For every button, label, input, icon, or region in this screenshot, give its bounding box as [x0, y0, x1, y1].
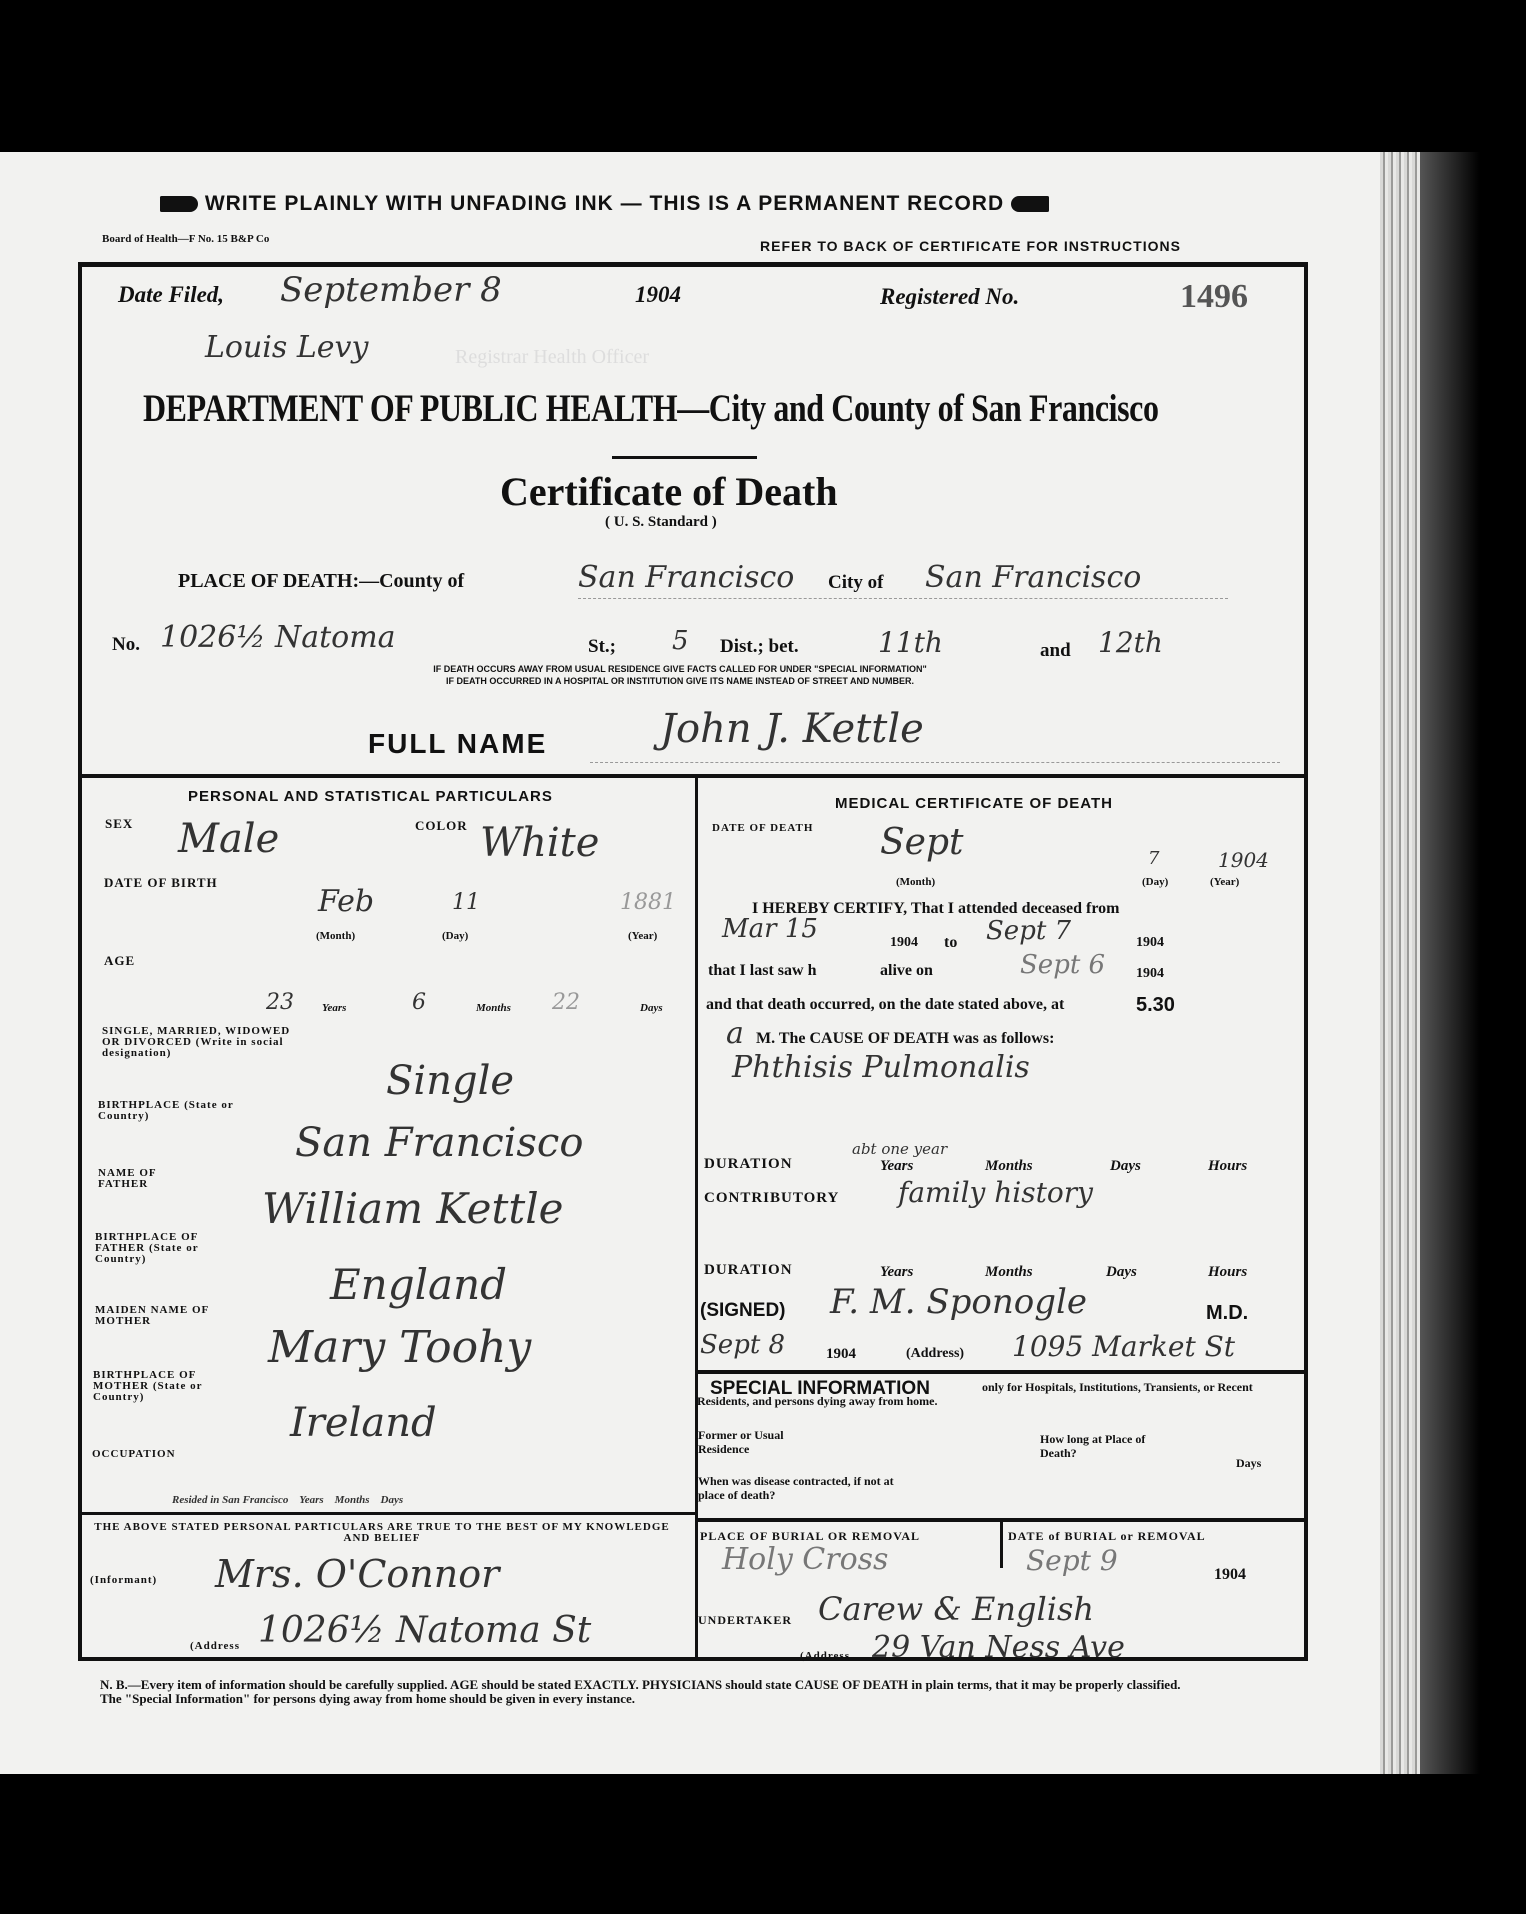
- mother-birthplace-label: BIRTHPLACE OF MOTHER (State or Country): [93, 1370, 223, 1403]
- informant-address: 1026½ Natoma St: [258, 1610, 591, 1651]
- duration-value: abt one year: [852, 1140, 947, 1158]
- birthplace-label: BIRTHPLACE (State or Country): [98, 1100, 238, 1122]
- mother-birthplace: Ireland: [290, 1400, 437, 1446]
- last-saw-date: Sept 6: [1020, 950, 1105, 980]
- age-years: 23: [266, 990, 294, 1015]
- former-residence-label: Former or Usual Residence: [698, 1428, 808, 1456]
- time-of-death: 5.30: [1136, 994, 1175, 1017]
- city-label: City of: [828, 572, 883, 594]
- department-title: DEPARTMENT OF PUBLIC HEALTH—City and Cou…: [143, 386, 1159, 431]
- book-page-edges: [1380, 152, 1420, 1774]
- date-filed-year: 1904: [635, 282, 681, 308]
- physician-address: 1095 Market St: [1012, 1330, 1235, 1363]
- burial-place-label: PLACE OF BURIAL OR REMOVAL: [700, 1530, 920, 1542]
- between-street-2: 12th: [1098, 626, 1163, 659]
- mother-name: Mary Toohy: [268, 1322, 531, 1373]
- district-label: Dist.; bet.: [720, 636, 799, 658]
- footnote: N. B.—Every item of information should b…: [100, 1678, 1190, 1706]
- county-value: San Francisco: [578, 560, 794, 595]
- full-name-label: FULL NAME: [368, 728, 547, 760]
- age-label: AGE: [104, 955, 135, 967]
- contributory-value: family history: [898, 1176, 1093, 1209]
- duration-label: DURATION: [704, 1158, 793, 1170]
- sex-value: Male: [178, 816, 279, 862]
- marital-label: SINGLE, MARRIED, WIDOWED OR DIVORCED (Wr…: [102, 1026, 302, 1059]
- attended-from: Mar 15: [722, 914, 818, 944]
- dod-day: 7: [1148, 848, 1159, 869]
- certificate-subtitle: ( U. S. Standard ): [605, 514, 717, 531]
- age-days: 22: [552, 990, 580, 1015]
- dod-label: DATE OF DEATH: [712, 822, 813, 834]
- full-name-value: John J. Kettle: [660, 706, 924, 752]
- between-street-1: 11th: [878, 626, 943, 659]
- cause-of-death: Phthisis Pulmonalis: [732, 1050, 1030, 1085]
- mother-label: MAIDEN NAME OF MOTHER: [95, 1305, 235, 1327]
- registrar-title: Registrar Health Officer: [455, 346, 649, 369]
- md-label: M.D.: [1206, 1302, 1248, 1325]
- signed-date: Sept 8: [700, 1330, 785, 1360]
- medical-heading: MEDICAL CERTIFICATE OF DEATH: [835, 795, 1113, 812]
- registered-number: 1496: [1180, 278, 1248, 316]
- am-pm: a: [726, 1016, 744, 1051]
- signed-label: (SIGNED): [700, 1300, 786, 1322]
- street-address: 1026½ Natoma: [160, 620, 396, 655]
- informant-statement: THE ABOVE STATED PERSONAL PARTICULARS AR…: [92, 1522, 672, 1544]
- instructions-note: REFER TO BACK OF CERTIFICATE FOR INSTRUC…: [760, 238, 1181, 254]
- dob-day: 11: [452, 890, 480, 915]
- special-note: only for Hospitals, Institutions, Transi…: [697, 1380, 1267, 1408]
- dob-label: DATE OF BIRTH: [104, 877, 218, 889]
- registrar-signature: Louis Levy: [205, 330, 368, 365]
- informant-label: (Informant): [90, 1574, 157, 1586]
- city-value: San Francisco: [925, 560, 1141, 595]
- father-label: NAME OF FATHER: [98, 1168, 198, 1190]
- certificate-title: Certificate of Death: [500, 468, 838, 515]
- pointing-hand-icon: [1011, 196, 1049, 212]
- top-banner: WRITE PLAINLY WITH UNFADING INK — THIS I…: [160, 192, 1049, 216]
- date-filed-label: Date Filed,: [118, 282, 224, 308]
- place-of-death-label: PLACE OF DEATH:—County of: [178, 570, 464, 593]
- personal-heading: PERSONAL AND STATISTICAL PARTICULARS: [188, 788, 553, 805]
- street-label: St.;: [588, 636, 616, 658]
- occupation-label: OCCUPATION: [92, 1448, 176, 1460]
- dod-year: 1904: [1218, 848, 1269, 872]
- and-label: and: [1040, 640, 1071, 662]
- undertaker-label: UNDERTAKER: [698, 1614, 792, 1626]
- sex-label: SEX: [105, 818, 133, 830]
- attended-to: Sept 7: [986, 916, 1071, 946]
- contributory-label: CONTRIBUTORY: [704, 1192, 839, 1204]
- burial-date-label: DATE of BURIAL or REMOVAL: [1008, 1530, 1206, 1542]
- dob-month: Feb: [318, 884, 374, 919]
- burial-date: Sept 9: [1026, 1544, 1118, 1577]
- form-code: Board of Health—F No. 15 B&P Co: [102, 233, 269, 245]
- street-no-label: No.: [112, 634, 140, 656]
- contracted-label: When was disease contracted, if not at p…: [698, 1474, 898, 1502]
- father-name: William Kettle: [262, 1184, 564, 1233]
- age-months: 6: [412, 990, 426, 1015]
- undertaker-address: 29 Van Ness Ave: [872, 1630, 1125, 1665]
- burial-place: Holy Cross: [722, 1542, 888, 1577]
- dob-year: 1881: [620, 890, 676, 915]
- duration2-label: DURATION: [704, 1264, 793, 1276]
- pointing-hand-icon: [160, 196, 198, 212]
- date-filed-value: September 8: [280, 270, 502, 310]
- registered-label: Registered No.: [880, 284, 1019, 310]
- birthplace-value: San Francisco: [295, 1120, 583, 1166]
- place-note: IF DEATH OCCURS AWAY FROM USUAL RESIDENC…: [265, 663, 1095, 687]
- undertaker-address-label: (Address: [800, 1650, 850, 1662]
- resided-label: Resided in San Francisco Years Months Da…: [172, 1494, 403, 1506]
- undertaker-name: Carew & English: [818, 1590, 1094, 1628]
- district-value: 5: [672, 626, 689, 656]
- color-label: COLOR: [415, 820, 468, 832]
- how-long-label: How long at Place of Death?: [1040, 1432, 1150, 1460]
- informant-address-label: (Address: [190, 1640, 240, 1652]
- marital-value: Single: [386, 1058, 514, 1104]
- informant-name: Mrs. O'Connor: [215, 1552, 499, 1596]
- color-value: White: [480, 820, 599, 866]
- book-shadow: [1420, 152, 1480, 1774]
- dod-month: Sept: [880, 822, 963, 863]
- father-birthplace-label: BIRTHPLACE OF FATHER (State or Country): [95, 1232, 225, 1265]
- physician-signature: F. M. Sponogle: [830, 1282, 1087, 1322]
- father-birthplace: England: [330, 1260, 507, 1309]
